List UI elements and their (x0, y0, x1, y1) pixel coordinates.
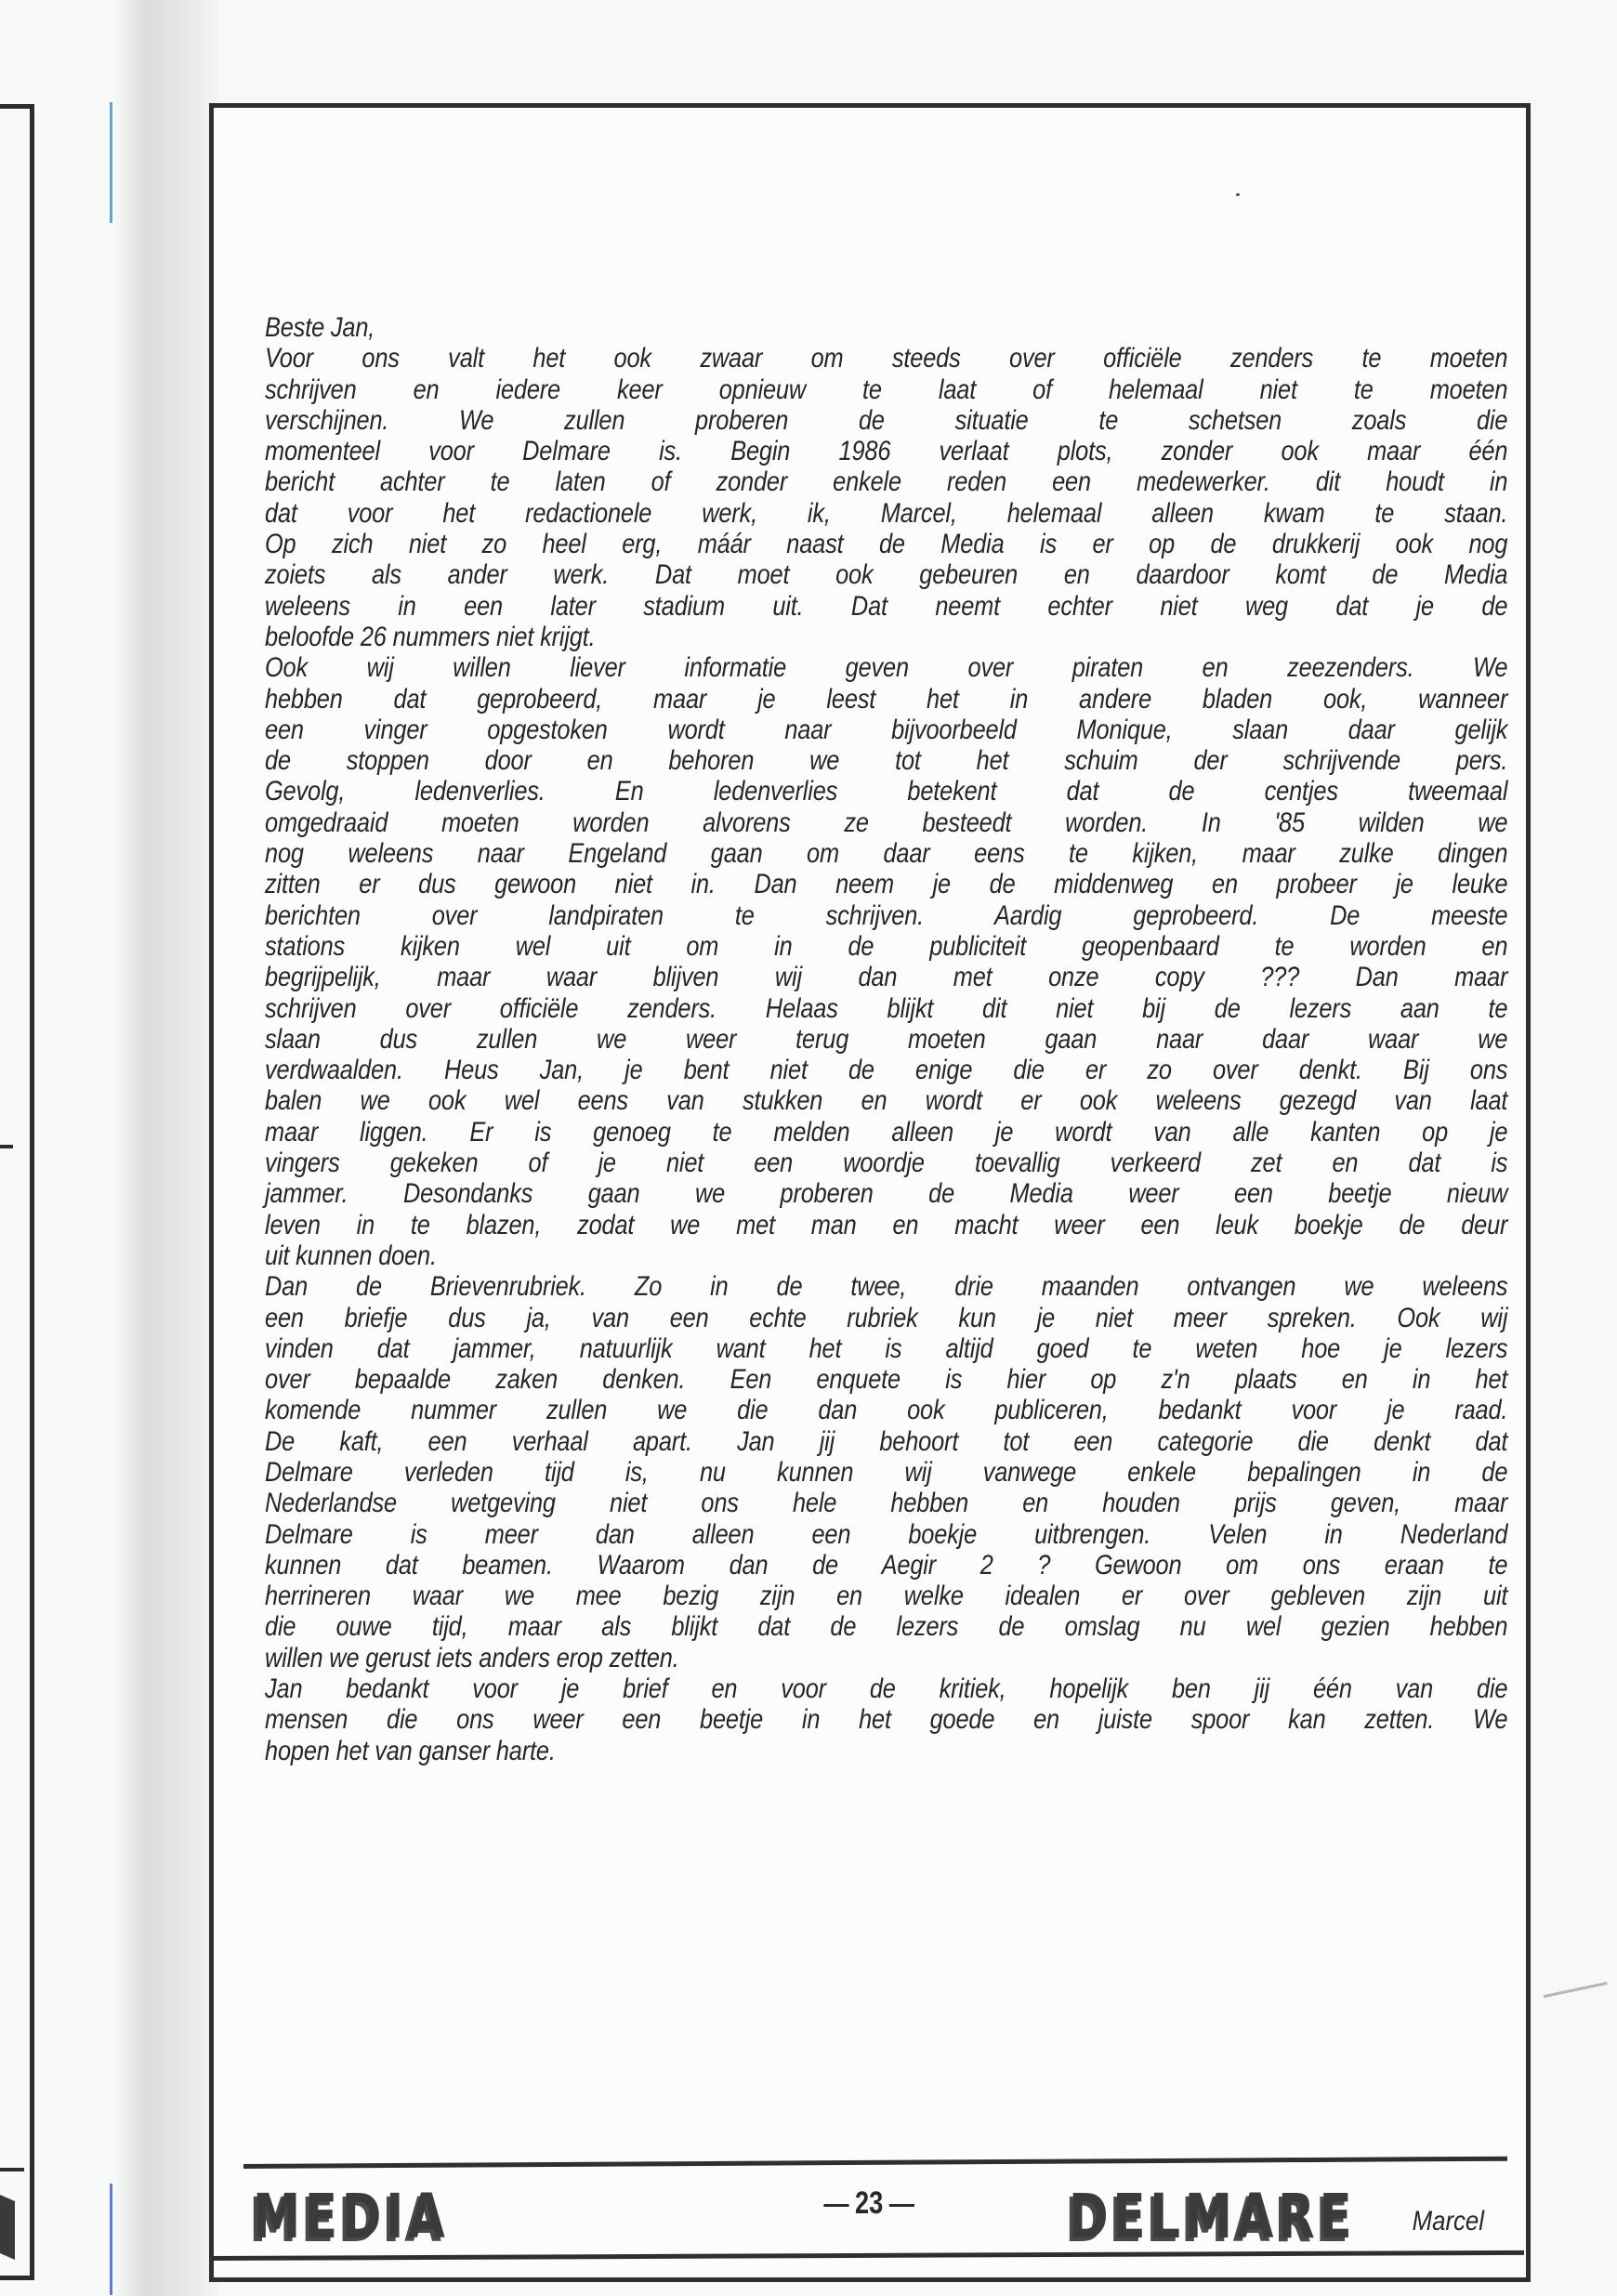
letter-line: vingers gekeken of je niet een woordje t… (265, 1148, 1507, 1178)
letter-line: verschijnen. We zullen proberen de situa… (265, 405, 1507, 436)
magazine-page-frame: Beste Jan, Voor ons valt het ook zwaar o… (209, 103, 1531, 2282)
facing-page-rule (0, 1145, 13, 1148)
letter-line: een briefje dus ja, van een echte rubrie… (265, 1303, 1507, 1333)
letter-line: nog weleens naar Engeland gaan om daar e… (265, 838, 1507, 869)
letter-line: Gevolg, ledenverlies. En ledenverlies be… (265, 776, 1507, 807)
letter-line: Delmare is meer dan alleen een boekje ui… (265, 1519, 1507, 1550)
letter-line: leven in te blazen, zodat we met man en … (265, 1210, 1507, 1240)
page-number-value: 23 (855, 2185, 883, 2221)
page-number: 23 (818, 2185, 920, 2222)
letter-line: berichten over landpiraten te schrijven.… (265, 900, 1507, 931)
letter-line: komende nummer zullen we die dan ook pub… (265, 1395, 1507, 1425)
masthead-media-logo: MEDIA (253, 2184, 450, 2250)
letter-line: schrijven en iedere keer opnieuw te laat… (265, 374, 1507, 405)
letter-text: Voor ons valt het ook zwaar om steeds ov… (265, 343, 1507, 1766)
letter-line: Op zich niet zo heel erg, máár naast de … (265, 529, 1507, 559)
pencil-mark (1543, 1982, 1607, 1998)
letter-body: Beste Jan, Voor ons valt het ook zwaar o… (265, 312, 1334, 1766)
letter-line: bericht achter te laten of zonder enkele… (265, 466, 1507, 497)
letter-line: maar liggen. Er is genoeg te melden alle… (265, 1117, 1507, 1148)
salutation: Beste Jan, (265, 312, 1507, 343)
letter-line: dat voor het redactionele werk, ik, Marc… (265, 498, 1507, 529)
letter-line: Delmare verleden tijd is, nu kunnen wij … (265, 1457, 1507, 1488)
letter-line: hopen het van ganser harte. (265, 1736, 1507, 1766)
letter-line: balen we ook wel eens van stukken en wor… (265, 1085, 1507, 1116)
facing-page-frame (0, 104, 34, 2280)
letter-line: zoiets als ander werk. Dat moet ook gebe… (265, 559, 1507, 590)
letter-line: slaan dus zullen we weer terug moeten ga… (265, 1024, 1507, 1055)
letter-line: vinden dat jammer, natuurlijk want het i… (265, 1333, 1507, 1364)
letter-line: schrijven over officiële zenders. Helaas… (265, 993, 1507, 1024)
letter-line: herrineren waar we mee bezig zijn en wel… (265, 1581, 1507, 1611)
letter-line: over bepaalde zaken denken. Een enquete … (265, 1364, 1507, 1395)
facing-page-footer-rule (0, 2168, 24, 2171)
scan-artifact-mark (110, 102, 112, 223)
letter-line: willen we gerust iets anders erop zetten… (265, 1643, 1507, 1673)
letter-line: weleens in een later stadium uit. Dat ne… (265, 591, 1507, 622)
letter-line: De kaft, een verhaal apart. Jan jij beho… (265, 1426, 1507, 1457)
letter-line: momenteel voor Delmare is. Begin 1986 ve… (265, 436, 1507, 466)
dash-right (889, 2204, 914, 2207)
letter-line: jammer. Desondanks gaan we proberen de M… (265, 1178, 1507, 1209)
letter-line: uit kunnen doen. (265, 1240, 1507, 1271)
letter-line: hebben dat geprobeerd, maar je leest het… (265, 684, 1507, 715)
masthead-delmare-logo: DELMARE (1069, 2184, 1356, 2250)
letter-line: Voor ons valt het ook zwaar om steeds ov… (265, 343, 1507, 374)
letter-line: stations kijken wel uit om in de publici… (265, 931, 1507, 962)
letter-line: Ook wij willen liever informatie geven o… (265, 652, 1507, 683)
letter-line: de stoppen door en behoren we tot het sc… (265, 745, 1507, 776)
letter-line: Nederlandse wetgeving niet ons hele hebb… (265, 1488, 1507, 1518)
letter-line: een vinger opgestoken wordt naar bijvoor… (265, 715, 1507, 745)
letter-line: zitten er dus gewoon niet in. Dan neem j… (265, 869, 1507, 899)
letter-line: mensen die ons weer een beetje in het go… (265, 1704, 1507, 1735)
scan-artifact-mark (110, 2184, 112, 2295)
dash-left (823, 2204, 848, 2207)
letter-line: Dan de Brievenrubriek. Zo in de twee, dr… (265, 1271, 1507, 1302)
letter-line: kunnen dat beamen. Waarom dan de Aegir 2… (265, 1550, 1507, 1581)
facing-page-masthead-fragment (0, 2195, 15, 2260)
signature: Marcel (1413, 2206, 1484, 2237)
facing-page-edge (0, 0, 116, 2296)
scan-speck (1236, 193, 1240, 196)
letter-line: beloofde 26 nummers niet krijgt. (265, 622, 1507, 652)
letter-line: omgedraaid moeten worden alvorens ze bes… (265, 807, 1507, 838)
letter-line: verdwaalden. Heus Jan, je bent niet de e… (265, 1055, 1507, 1085)
page-gutter-shadow (116, 0, 218, 2296)
letter-line: die ouwe tijd, maar als blijkt dat de le… (265, 1611, 1507, 1642)
letter-line: Jan bedankt voor je brief en voor de kri… (265, 1673, 1507, 1704)
letter-line: begrijpelijk, maar waar blijven wij dan … (265, 962, 1507, 992)
